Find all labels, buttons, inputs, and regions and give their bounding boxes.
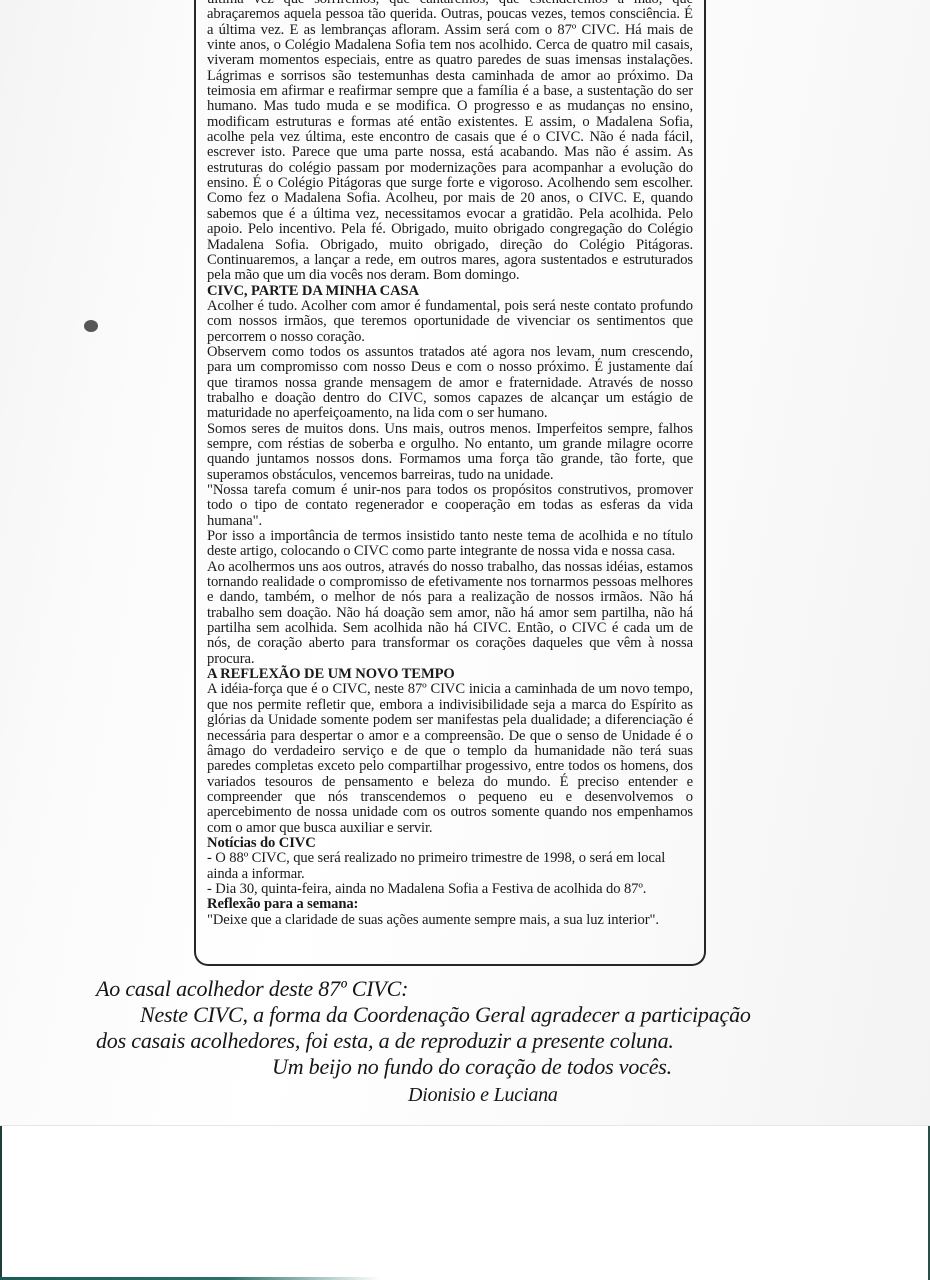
section-heading-civc-parte-da-minha-casa: CIVC, PARTE DA MINHA CASA xyxy=(207,284,693,299)
dedication-note: Ao casal acolhedor deste 87º CIVC: Neste… xyxy=(96,976,836,1108)
dedication-line: Neste CIVC, a forma da Coordenação Geral… xyxy=(140,1002,836,1028)
quote-paragraph: "Nossa tarefa comum é unir-nos para todo… xyxy=(207,483,693,529)
paragraph: Observem como todos os assuntos tratados… xyxy=(207,345,693,422)
news-heading: Notícias do CIVC xyxy=(207,836,693,851)
reflection-heading: Reflexão para a semana: xyxy=(207,897,693,912)
paragraph: Por isso a importância de termos insisti… xyxy=(207,529,693,560)
news-item: - O 88º CIVC, que será realizado no prim… xyxy=(207,851,693,882)
newspaper-column: última vez que sorriremos, que cantaremo… xyxy=(207,0,693,928)
dedication-line: dos casais acolhedores, foi esta, a de r… xyxy=(96,1028,836,1054)
dedication-salutation: Ao casal acolhedor deste 87º CIVC: xyxy=(96,976,836,1002)
intro-paragraph: última vez que sorriremos, que cantaremo… xyxy=(207,0,693,284)
paragraph: Somos seres de muitos dons. Uns mais, ou… xyxy=(207,422,693,483)
reflection-quote: "Deixe que a claridade de suas ações aum… xyxy=(207,913,693,928)
ink-smudge xyxy=(84,320,98,332)
paragraph: Acolher é tudo. Acolher com amor é funda… xyxy=(207,299,693,345)
dedication-line: Um beijo no fundo do coração de todos vo… xyxy=(272,1054,836,1080)
paragraph: Ao acolhermos uns aos outros, através do… xyxy=(207,560,693,667)
paragraph: A idéia-força que é o CIVC, neste 87º CI… xyxy=(207,682,693,835)
dedication-signature: Dionisio e Luciana xyxy=(408,1082,836,1108)
section-heading-a-reflexao-de-um-novo-tempo: A REFLEXÃO DE UM NOVO TEMPO xyxy=(207,667,693,682)
news-item: - Dia 30, quinta-feira, ainda no Madalen… xyxy=(207,882,693,897)
scanner-edge xyxy=(0,1126,2,1280)
blank-lower-sheet xyxy=(0,1125,930,1280)
